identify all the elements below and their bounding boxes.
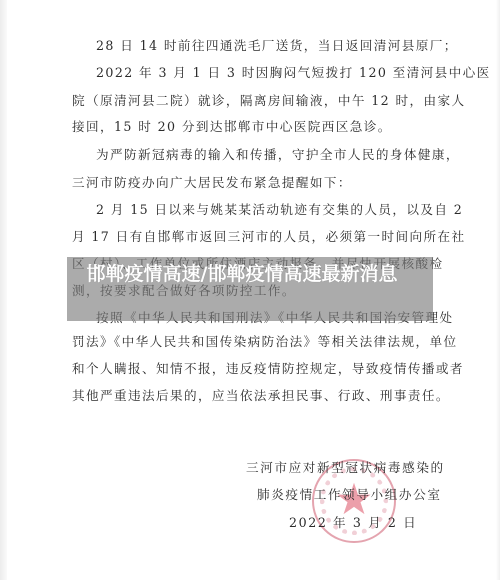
doc-line-2: 2022 年 3 月 1 日 3 时因胸闷气短拨打 120 至清河县中心医 bbox=[96, 63, 436, 83]
doc-line-12: 罚法》《中华人民共和国传染病防治法》等相关法律法规，单位 bbox=[72, 332, 436, 352]
signature-org-line-1: 三河市应对新型冠状病毒感染的 bbox=[246, 458, 445, 478]
headline-title: 邯郸疫情高速/邯郸疫情高速最新消息 bbox=[67, 260, 433, 288]
doc-line-6: 三河市防疫办向广大居民发布紧急提醒如下： bbox=[72, 173, 436, 193]
headline-overlay-banner: 邯郸疫情高速/邯郸疫情高速最新消息 bbox=[67, 257, 433, 321]
doc-line-1: 28 日 14 时前往四通洗毛厂送货，当日返回清河县原厂； bbox=[96, 36, 436, 56]
doc-line-5: 为严防新冠病毒的输入和传播，守护全市人民的身体健康， bbox=[96, 145, 436, 165]
doc-line-13: 和个人瞒报、知情不报，违反疫情防控规定，导致疫情传播或者 bbox=[72, 359, 436, 379]
doc-line-14: 其他严重违法后果的，应当依法承担民事、行政、刑事责任。 bbox=[72, 386, 436, 406]
signature-date: 2022 年 3 月 2 日 bbox=[289, 513, 417, 533]
doc-line-4: 接回，15 时 20 分到达邯郸市中心医院西区急诊。 bbox=[72, 117, 436, 137]
signature-org-line-2: 肺炎疫情工作领导小组办公室 bbox=[257, 485, 442, 505]
doc-line-3: 院（原清河县二院）就诊，隔离房间输液，中午 12 时，由家人 bbox=[72, 91, 436, 111]
doc-line-7: 2 月 15 日以来与姚某某活动轨迹有交集的人员，以及自 2 bbox=[96, 200, 436, 220]
doc-line-8: 月 17 日有自邯郸市返回三河市的人员，必须第一时间向所在社 bbox=[72, 227, 436, 247]
